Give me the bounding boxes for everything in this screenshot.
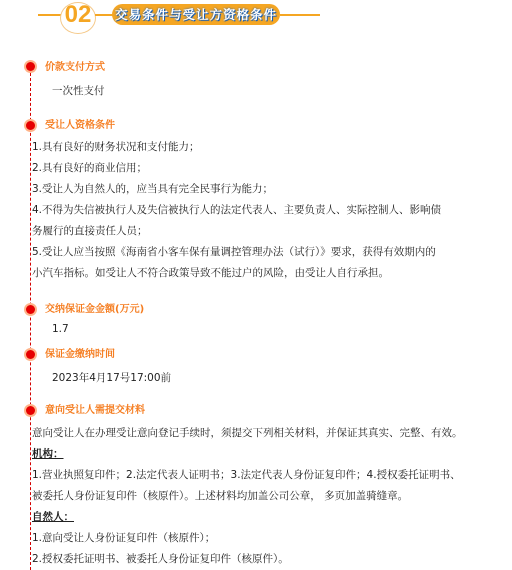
person-line: 2.授权委托证明书、被委托人身份证复印件（核原件）。 — [32, 551, 289, 566]
deposit-amount-title: 交纳保证金金额(万元) — [45, 300, 144, 315]
org-line: 1.营业执照复印件；2.法定代表人证明书；3.法定代表人身份证复印件；4.授权委… — [32, 467, 461, 482]
materials-title: 意向受让人需提交材料 — [45, 401, 145, 416]
qualification-line: 小汽车指标。如受让人不符合政策导致不能过户的风险，由受让人自行承担。 — [32, 265, 389, 280]
qualification-line: 务履行的直接责任人员； — [32, 223, 148, 238]
qualification-line: 1.具有良好的财务状况和支付能力； — [32, 139, 200, 154]
qualification-line: 3.受让人为自然人的，应当具有完全民事行为能力； — [32, 181, 273, 196]
timeline-dot-icon — [26, 121, 35, 130]
header-line-mid — [95, 14, 113, 16]
header-line-left — [38, 14, 62, 16]
qualification-title: 受让人资格条件 — [45, 116, 115, 131]
qualification-line: 4.不得为失信被执行人及失信被执行人的法定代表人、主要负责人、实际控制人、影响债 — [32, 202, 441, 217]
deposit-amount-value: 1.7 — [52, 323, 69, 335]
timeline-dot-icon — [26, 305, 35, 314]
deposit-deadline-title: 保证金缴纳时间 — [45, 345, 115, 360]
header-line-right — [280, 14, 320, 16]
section-number: 02 — [62, 0, 94, 30]
section-header: 02 交易条件与受让方资格条件 — [0, 0, 512, 36]
materials-intro: 意向受让人在办理受让意向登记手续时，须提交下列相关材料，并保证其真实、完整、有效… — [32, 425, 463, 440]
timeline-dot-icon — [26, 62, 35, 71]
person-line: 1.意向受让人身份证复印件（核原件）； — [32, 530, 215, 545]
section-title: 交易条件与受让方资格条件 — [112, 4, 280, 25]
deposit-deadline-value: 2023年4月17号17:00前 — [52, 370, 171, 385]
payment-method-value: 一次性支付 — [52, 83, 105, 98]
timeline-dashed-line — [30, 68, 31, 570]
timeline-dot-icon — [26, 406, 35, 415]
org-line: 被委托人身份证复印件（核原件）。上述材料均加盖公司公章， 多页加盖骑缝章。 — [32, 488, 408, 503]
person-label: 自然人： — [32, 509, 74, 524]
timeline-dot-icon — [26, 350, 35, 359]
payment-method-title: 价款支付方式 — [45, 58, 105, 73]
org-label: 机构： — [32, 446, 64, 461]
qualification-line: 2.具有良好的商业信用； — [32, 160, 147, 175]
qualification-line: 5.受让人应当按照《海南省小客车保有量调控管理办法（试行）》要求，获得有效期内的 — [32, 244, 436, 259]
